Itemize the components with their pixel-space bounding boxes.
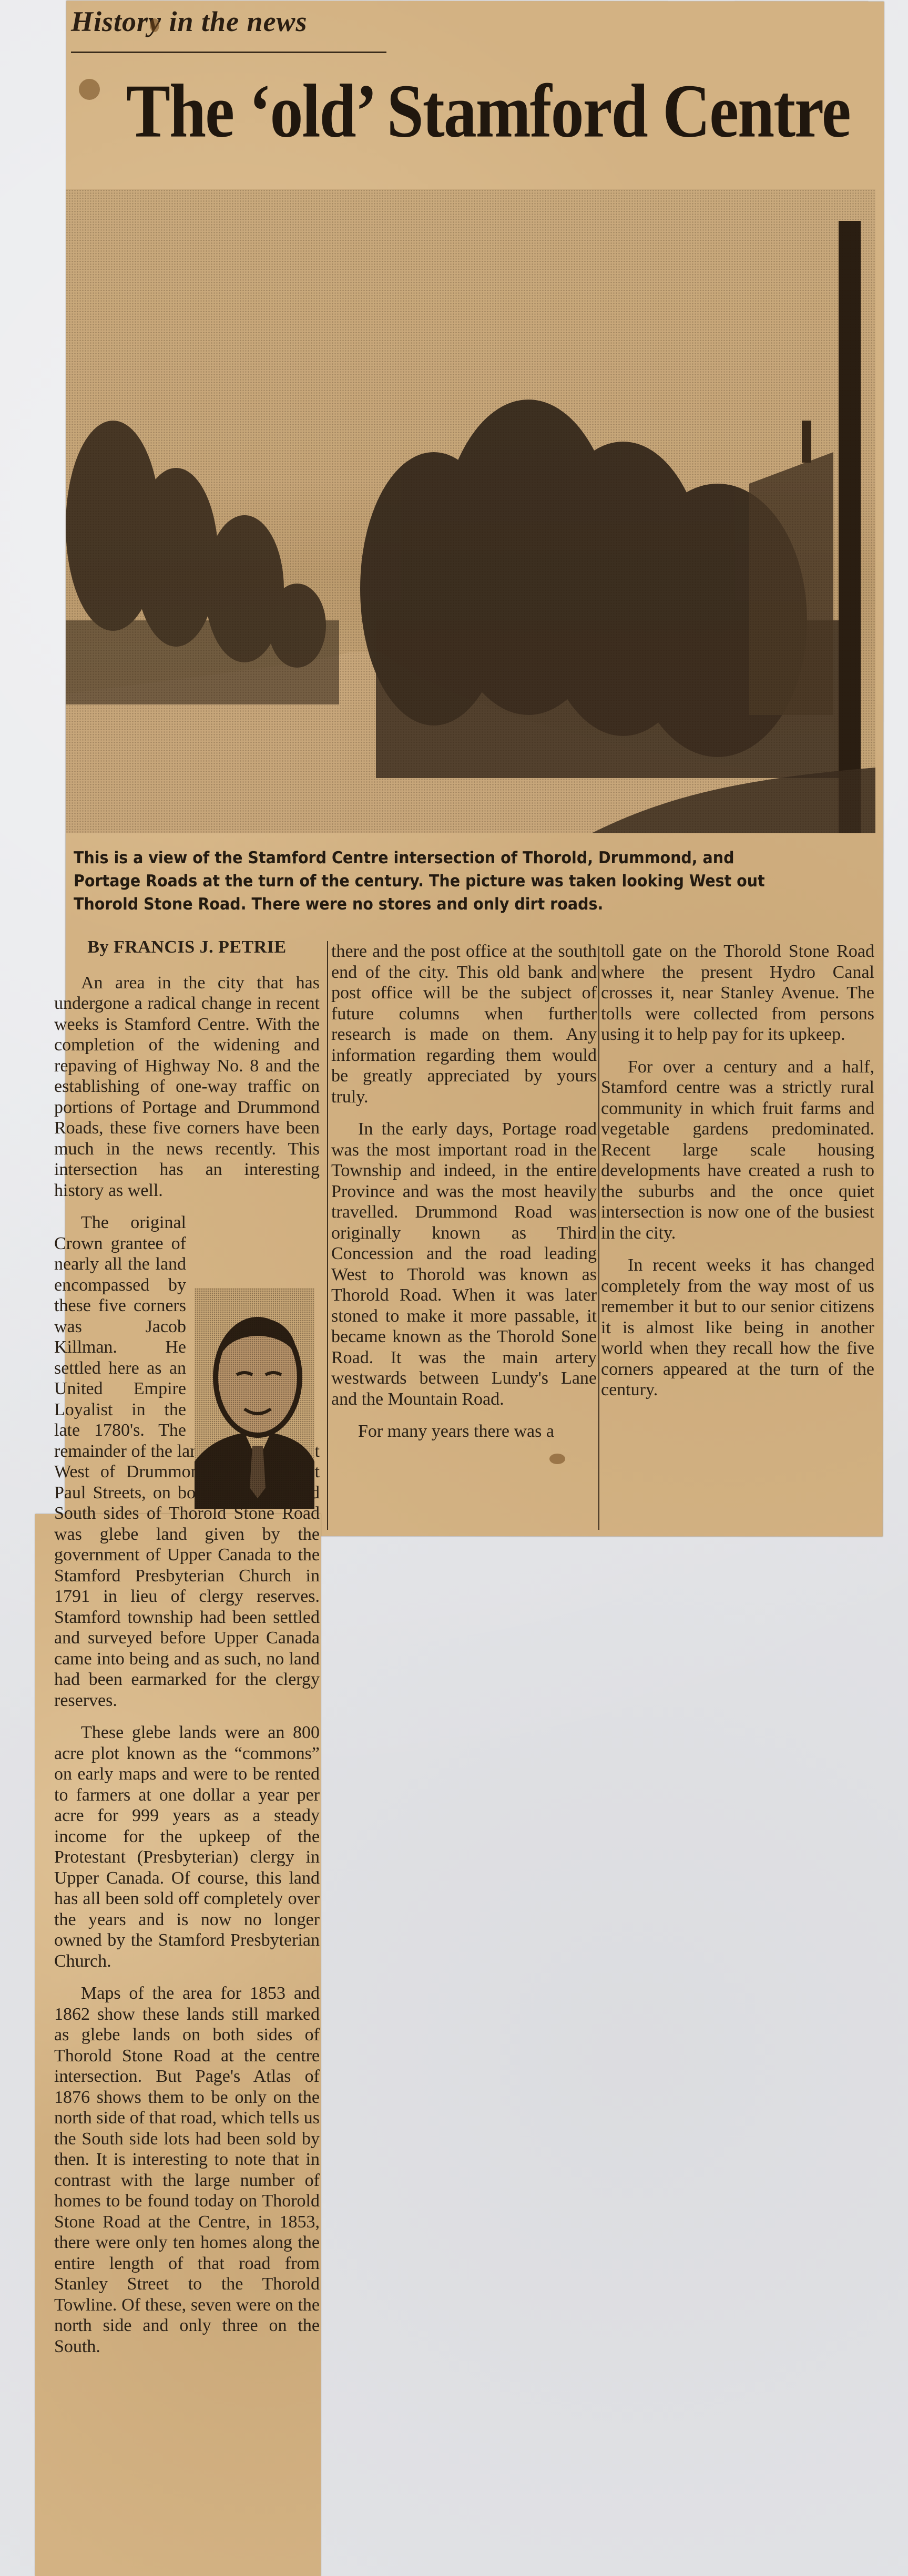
paper-stain <box>150 18 159 32</box>
paragraph: toll gate on the Thorold Stone Road wher… <box>601 941 874 1045</box>
paragraph: For many years there was a <box>331 1421 597 1442</box>
paragraph: In recent weeks it has changed completel… <box>601 1255 874 1401</box>
paragraph: In the early days, Portage road was the … <box>331 1119 597 1409</box>
paragraph: there and the post office at the south e… <box>331 941 597 1107</box>
photo-caption: This is a view of the Stamford Centre in… <box>74 846 799 916</box>
article-column-3: toll gate on the Thorold Stone Road wher… <box>601 941 874 1412</box>
headline: The ‘old’ Stamford Centre <box>126 74 862 150</box>
column-rule-1 <box>327 941 328 1530</box>
article-column-1: By FRANCIS J. PETRIE An area in the city… <box>54 937 320 2368</box>
author-headshot-illustration <box>195 1288 314 1509</box>
column-rule-2 <box>598 946 599 1530</box>
byline: By FRANCIS J. PETRIE <box>54 937 320 958</box>
article-column-2: there and the post office at the south e… <box>331 941 597 1454</box>
section-kicker: History in the news <box>71 5 308 38</box>
paper-stain <box>79 79 100 100</box>
author-portrait <box>195 1288 314 1509</box>
paragraph: These glebe lands were an 800 acre plot … <box>54 1722 320 1971</box>
street-photo <box>66 189 875 833</box>
street-scene-illustration <box>66 189 875 833</box>
kicker-rule <box>71 52 386 53</box>
paper-stain <box>549 1454 565 1464</box>
paragraph: An area in the city that has undergone a… <box>54 973 320 1201</box>
paragraph: Maps of the area for 1853 and 1862 show … <box>54 1983 320 2357</box>
paragraph: For over a century and a half, Stamford … <box>601 1057 874 1244</box>
